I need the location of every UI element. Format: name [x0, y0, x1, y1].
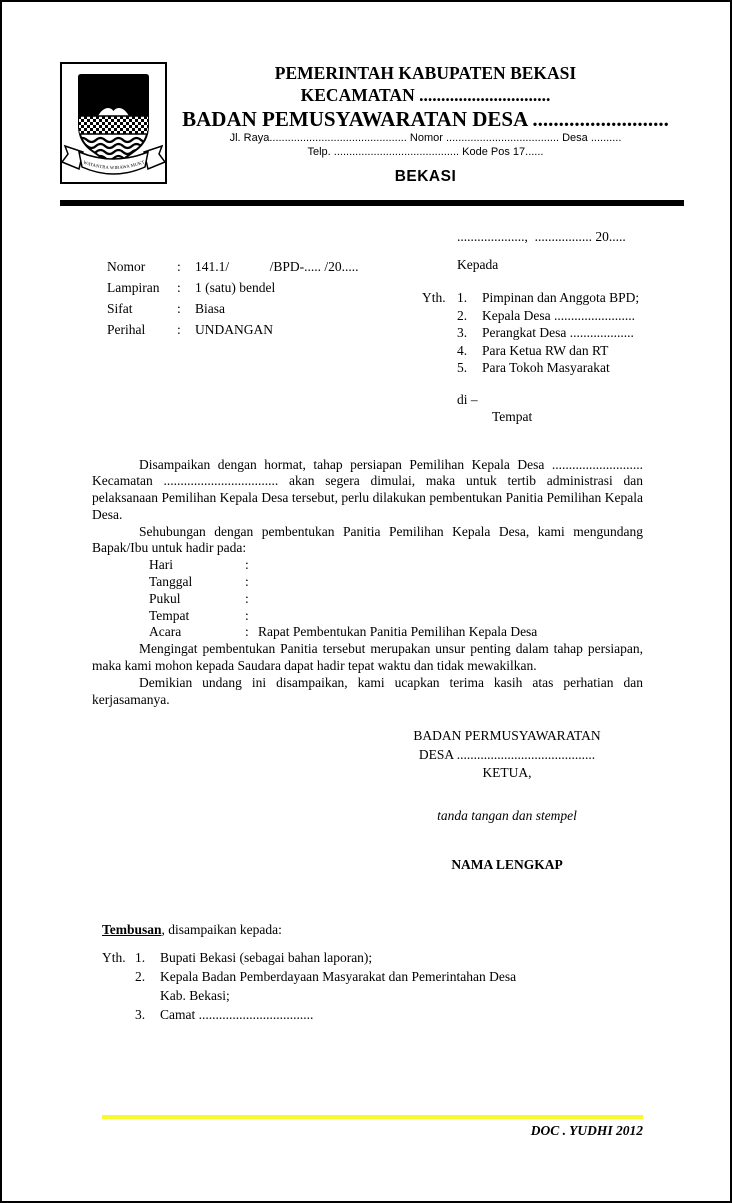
- meta-row-lampiran: Lampiran : 1 (satu) bendel: [107, 277, 387, 298]
- letterhead-divider: [60, 200, 684, 206]
- tembusan-yth-spacer: [102, 1005, 135, 1024]
- detail-label: Tanggal: [149, 574, 245, 591]
- recipient-number: 5.: [457, 359, 482, 377]
- recipient-item: 1. Pimpinan dan Anggota BPD;: [457, 289, 639, 307]
- tembusan-number: 1.: [135, 948, 160, 967]
- letterhead: SWATANTRA WIBAWA MUKTI PEMERINTAH KABUPA…: [60, 62, 684, 186]
- meta-label: Sifat: [107, 298, 177, 319]
- recipient-number: 4.: [457, 342, 482, 360]
- agency-title: BADAN PEMUSYAWARATAN DESA ..............…: [167, 106, 684, 132]
- detail-row-pukul: Pukul :: [149, 591, 643, 608]
- tembusan-text: Camat ..................................: [160, 1005, 580, 1024]
- city-name: BEKASI: [167, 167, 684, 186]
- signature-org-line-2: DESA ...................................…: [347, 746, 667, 765]
- meta-separator: :: [177, 277, 195, 298]
- recipient-item: 4. Para Ketua RW dan RT: [457, 342, 639, 360]
- tembusan-item: 3. Camat ...............................…: [102, 1005, 684, 1024]
- district-title: KECAMATAN ..............................: [167, 84, 684, 106]
- meta-separator: :: [177, 298, 195, 319]
- recipient-text: Para Ketua RW dan RT: [482, 342, 608, 360]
- recipient-block: Kepada Yth. 1. Pimpinan dan Anggota BPD;…: [422, 256, 639, 425]
- tembusan-text-line-1: Kepala Badan Pemberdayaan Masyarakat dan…: [160, 967, 580, 986]
- detail-label: Pukul: [149, 591, 245, 608]
- meta-value: 1 (satu) bendel: [195, 277, 275, 298]
- meta-separator: :: [177, 256, 195, 277]
- recipient-text: Perangkat Desa ...................: [482, 324, 634, 342]
- detail-label: Tempat: [149, 608, 245, 625]
- paragraph-1: Disampaikan dengan hormat, tahap persiap…: [92, 457, 643, 524]
- detail-row-tanggal: Tanggal :: [149, 574, 643, 591]
- paragraph-3: Mengingat pembentukan Panitia tersebut m…: [92, 641, 643, 675]
- letter-content: SWATANTRA WIBAWA MUKTI PEMERINTAH KABUPA…: [2, 2, 730, 1024]
- meta-value: UNDANGAN: [195, 319, 273, 340]
- detail-separator: :: [245, 591, 258, 608]
- paragraph-2: Sehubungan dengan pembentukan Panitia Pe…: [92, 524, 643, 558]
- recipient-text: Para Tokoh Masyarakat: [482, 359, 610, 377]
- tembusan-yth-spacer: [102, 967, 135, 1005]
- letter-page: SWATANTRA WIBAWA MUKTI PEMERINTAH KABUPA…: [0, 0, 732, 1203]
- recipient-list: 1. Pimpinan dan Anggota BPD; 2. Kepala D…: [457, 289, 639, 377]
- signature-org: BADAN PERMUSYAWARATAN DESA .............…: [347, 727, 667, 783]
- yellow-divider: [102, 1115, 643, 1119]
- meta-row-nomor: Nomor : 141.1/ /BPD-..... /20.....: [107, 256, 387, 277]
- recipient-number: 3.: [457, 324, 482, 342]
- signature-placeholder-note: tanda tangan dan stempel: [347, 807, 667, 826]
- detail-row-tempat: Tempat :: [149, 608, 643, 625]
- meta-row-perihal: Perihal : UNDANGAN: [107, 319, 387, 340]
- doc-credit: DOC . YUDHI 2012: [102, 1123, 643, 1139]
- tembusan-yth-label: Yth.: [102, 948, 135, 967]
- tembusan-text: Kepala Badan Pemberdayaan Masyarakat dan…: [160, 967, 580, 1005]
- address-line-1: Jl. Raya................................…: [167, 132, 684, 146]
- tembusan-heading-rest: , disampaikan kepada:: [162, 922, 282, 937]
- tempat-label: Tempat: [492, 408, 639, 425]
- tembusan-list: Yth. 1. Bupati Bekasi (sebagai bahan lap…: [102, 948, 684, 1024]
- tembusan-item: Yth. 1. Bupati Bekasi (sebagai bahan lap…: [102, 948, 684, 967]
- meta-separator: :: [177, 319, 195, 340]
- page-footer: DOC . YUDHI 2012: [102, 1115, 643, 1139]
- tembusan-heading: Tembusan, disampaikan kepada:: [102, 921, 684, 938]
- address-line-2: Telp. ..................................…: [167, 146, 684, 160]
- meta-label: Nomor: [107, 256, 177, 277]
- kepada-label: Kepada: [457, 256, 639, 273]
- event-details: Hari : Tanggal : Pukul : Tempat :: [149, 557, 643, 641]
- letter-meta: Nomor : 141.1/ /BPD-..... /20..... Lampi…: [60, 256, 684, 425]
- letterhead-titles: PEMERINTAH KABUPATEN BEKASI KECAMATAN ..…: [167, 62, 684, 186]
- tembusan-label: Tembusan: [102, 922, 162, 937]
- di-label: di –: [457, 391, 639, 408]
- recipient-item: 2. Kepala Desa ........................: [457, 307, 639, 325]
- detail-separator: :: [245, 608, 258, 625]
- recipient-number: 2.: [457, 307, 482, 325]
- meta-fields: Nomor : 141.1/ /BPD-..... /20..... Lampi…: [107, 256, 387, 425]
- recipient-number: 1.: [457, 289, 482, 307]
- tembusan-section: Tembusan, disampaikan kepada: Yth. 1. Bu…: [102, 921, 684, 1024]
- recipient-item: 5. Para Tokoh Masyarakat: [457, 359, 639, 377]
- detail-row-hari: Hari :: [149, 557, 643, 574]
- paragraph-4: Demikian undang ini disampaikan, kami uc…: [92, 675, 643, 709]
- tembusan-number: 3.: [135, 1005, 160, 1024]
- signature-block: BADAN PERMUSYAWARATAN DESA .............…: [347, 727, 667, 875]
- tembusan-text-line-2: Kab. Bekasi;: [160, 986, 580, 1005]
- meta-value: 141.1/ /BPD-..... /20.....: [195, 256, 359, 277]
- signature-title: KETUA,: [347, 764, 667, 783]
- meta-value: Biasa: [195, 298, 225, 319]
- yth-label: Yth.: [422, 289, 457, 377]
- signature-name: NAMA LENGKAP: [347, 856, 667, 875]
- detail-separator: :: [245, 574, 258, 591]
- meta-label: Perihal: [107, 319, 177, 340]
- recipient-item: 3. Perangkat Desa ...................: [457, 324, 639, 342]
- detail-separator: :: [245, 624, 258, 641]
- tembusan-text: Bupati Bekasi (sebagai bahan laporan);: [160, 948, 580, 967]
- meta-row-sifat: Sifat : Biasa: [107, 298, 387, 319]
- detail-label: Acara: [149, 624, 245, 641]
- tembusan-number: 2.: [135, 967, 160, 1005]
- detail-row-acara: Acara : Rapat Pembentukan Panitia Pemili…: [149, 624, 643, 641]
- letter-body: Disampaikan dengan hormat, tahap persiap…: [92, 457, 643, 709]
- recipient-text: Pimpinan dan Anggota BPD;: [482, 289, 639, 307]
- recipient-list-row: Yth. 1. Pimpinan dan Anggota BPD; 2. Kep…: [422, 289, 639, 377]
- logo-svg: SWATANTRA WIBAWA MUKTI: [60, 62, 167, 184]
- government-title: PEMERINTAH KABUPATEN BEKASI: [167, 62, 684, 84]
- meta-label: Lampiran: [107, 277, 177, 298]
- signature-org-line-1: BADAN PERMUSYAWARATAN: [347, 727, 667, 746]
- date-line: ...................., ................. …: [457, 228, 684, 245]
- detail-label: Hari: [149, 557, 245, 574]
- detail-value: Rapat Pembentukan Panitia Pemilihan Kepa…: [258, 624, 537, 641]
- tembusan-item: 2. Kepala Badan Pemberdayaan Masyarakat …: [102, 967, 684, 1005]
- bekasi-coat-of-arms-icon: SWATANTRA WIBAWA MUKTI: [60, 62, 167, 184]
- recipient-text: Kepala Desa ........................: [482, 307, 635, 325]
- detail-separator: :: [245, 557, 258, 574]
